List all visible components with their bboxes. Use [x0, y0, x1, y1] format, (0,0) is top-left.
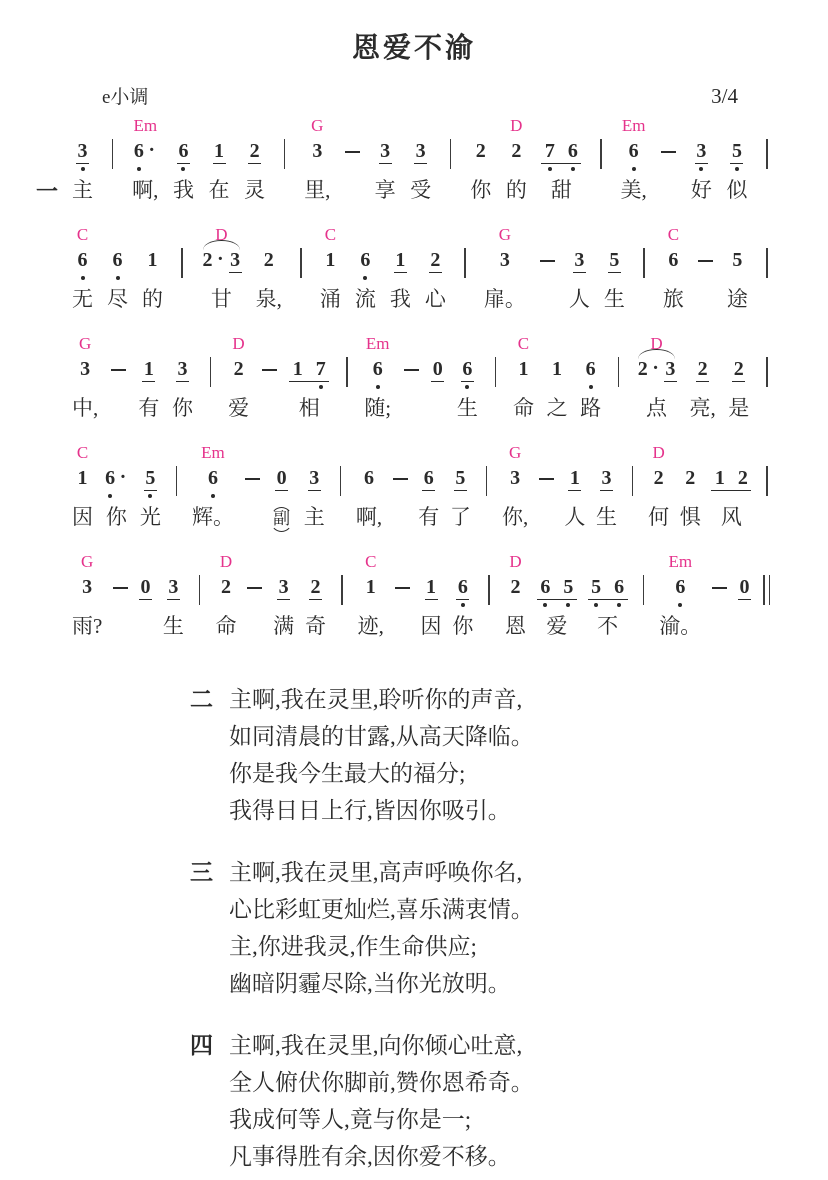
note-row: 6	[461, 357, 474, 391]
note-group: 1	[394, 248, 407, 273]
note-digit: 6	[422, 466, 435, 491]
note-digit: 1	[551, 357, 564, 381]
barline	[632, 466, 634, 496]
note-digit: 2	[201, 248, 214, 272]
slur-group: 2·3	[201, 248, 242, 273]
beam-cell: 76甜	[541, 115, 581, 207]
slur-cell: D2·3点	[636, 333, 677, 425]
note-row: 5	[454, 466, 467, 500]
verse-number: 三	[190, 854, 213, 891]
lyric: 雨?	[72, 611, 102, 643]
dash-cell	[404, 333, 419, 425]
barline	[763, 575, 765, 605]
chord-label: D	[653, 442, 665, 466]
note-row: 1	[364, 575, 377, 609]
note-group: 6	[539, 575, 552, 599]
note-digit: 3	[414, 139, 427, 164]
note-digit: 3	[79, 357, 92, 381]
note-row: 2	[429, 248, 442, 282]
lyric: 途	[727, 284, 748, 316]
note-row	[247, 575, 262, 609]
note-digit: 3	[167, 575, 180, 600]
barline-cell	[195, 551, 205, 643]
lyric: 的	[142, 284, 163, 316]
barline	[199, 575, 201, 605]
note-cell: 3生	[163, 551, 184, 643]
chord-label: C	[77, 224, 88, 248]
slur-cell: D2·3甘	[201, 224, 242, 316]
note-digit: 6	[363, 466, 376, 490]
beam-cell: 17相	[289, 333, 329, 425]
dash-cell	[539, 442, 554, 534]
hold-dash	[540, 260, 555, 262]
note-row: 2	[262, 248, 275, 282]
barline	[112, 139, 114, 169]
chord-label: Em	[133, 115, 157, 139]
note-cell: Em6渝。	[659, 551, 701, 643]
note-group: 1	[146, 248, 159, 272]
note-group: 1	[425, 575, 438, 600]
lyric: 之	[547, 393, 568, 425]
lyric: 你,	[502, 502, 528, 534]
lyric: 因	[72, 502, 93, 534]
note-group: 2	[232, 357, 245, 381]
low-octave-dot	[148, 494, 152, 498]
note-cell: G3中,	[72, 333, 98, 425]
note-group: 6	[456, 575, 469, 600]
note-cell: 1在	[209, 115, 230, 207]
note-digit: 1	[364, 575, 377, 599]
note-group: 3	[414, 139, 427, 164]
note-row: 3	[176, 357, 189, 391]
note-row: 1	[517, 357, 530, 391]
note-cell: 3满	[273, 551, 294, 643]
note-digit: 3	[600, 466, 613, 491]
barline-cell	[108, 115, 118, 207]
barline	[766, 248, 768, 278]
barline-cell	[177, 224, 187, 316]
note-group: 2·	[201, 248, 227, 273]
note-row: 3	[311, 139, 324, 173]
lyric: 我	[390, 284, 411, 316]
beamed-notes: 76	[541, 139, 581, 164]
note-cell: D2何	[648, 442, 669, 534]
barline	[766, 466, 768, 496]
low-octave-dot	[566, 603, 570, 607]
verse-line: 主啊,我在灵里,向你倾心吐意,	[229, 1027, 534, 1064]
verse-line: 全人俯伏你脚前,赞你恩希奇。	[229, 1064, 534, 1101]
hold-dash	[245, 478, 260, 480]
barline-cell	[762, 333, 772, 425]
verse-lines: 主啊,我在灵里,高声呼唤你名,心比彩虹更灿烂,喜乐满衷情。主,你进我灵,作生命供…	[229, 854, 534, 1002]
verse-line: 如同清晨的甘露,从高天降临。	[229, 718, 534, 755]
note-group: 2·	[636, 357, 662, 382]
lyric: 泉,	[256, 284, 282, 316]
note-digit: 1	[517, 357, 530, 381]
note-row	[340, 466, 342, 500]
final-barline	[763, 575, 770, 605]
note-group: 1	[142, 357, 155, 382]
note-row: 6	[584, 357, 597, 391]
low-octave-dot	[678, 603, 682, 607]
note-cell: C1迹,	[358, 551, 384, 643]
beam-cell: 12风	[711, 442, 751, 534]
note-digit: 1	[142, 357, 155, 382]
note-group: 2	[509, 575, 522, 599]
chord-label: D	[509, 551, 521, 575]
note-cell: 6我	[173, 115, 194, 207]
note-group: 3	[600, 466, 613, 491]
note-cell: 1我	[390, 224, 411, 316]
chord-label: C	[77, 442, 88, 466]
dash-cell	[245, 442, 260, 534]
note-row: 6	[206, 466, 219, 500]
note-row: 2	[248, 139, 261, 173]
note-row	[199, 575, 201, 609]
barline	[450, 139, 452, 169]
chord-label: G	[81, 551, 93, 575]
note-digit: 2	[732, 357, 745, 382]
note-row	[393, 466, 408, 500]
note-cell: 3你	[172, 333, 193, 425]
note-digit: 6	[456, 575, 469, 600]
barline	[181, 248, 183, 278]
note-row	[113, 575, 128, 609]
note-group: 6	[363, 466, 376, 490]
barline-cell	[596, 115, 606, 207]
lyric: 辉。	[192, 502, 234, 534]
dash-cell	[540, 224, 555, 316]
note-row: 2	[309, 575, 322, 609]
note-digit: 3	[664, 357, 677, 382]
barline-cell	[337, 551, 347, 643]
low-octave-dot	[363, 276, 367, 280]
note-group: 3	[498, 248, 511, 272]
hold-dash	[111, 369, 126, 371]
note-digit: 5	[562, 575, 575, 599]
note-cell: 3好	[691, 115, 712, 207]
note-group: 1	[364, 575, 377, 599]
note-digit: 6	[104, 466, 117, 490]
low-octave-dot	[589, 385, 593, 389]
lyric: 似	[726, 175, 747, 207]
note-group: 2	[684, 466, 697, 490]
chord-label: C	[518, 333, 529, 357]
note-digit: 2	[219, 575, 232, 599]
note-row: 2	[510, 139, 523, 173]
note-row	[712, 575, 727, 609]
lyric: 有	[418, 502, 439, 534]
lyric: 旅	[663, 284, 684, 316]
note-cell: C1因	[72, 442, 93, 534]
note-digit: 3	[509, 466, 522, 490]
chord-label: G	[79, 333, 91, 357]
note-group: 6	[422, 466, 435, 491]
lyric: 点	[646, 393, 667, 425]
augmentation-dot: ·	[120, 466, 127, 488]
verse-number: 四	[190, 1027, 213, 1064]
note-row: 0	[431, 357, 444, 391]
note-row	[176, 466, 178, 500]
note-row: 3	[509, 466, 522, 500]
barline	[210, 357, 212, 387]
dash-cell	[661, 115, 676, 207]
hold-dash	[395, 587, 410, 589]
barline-cell	[762, 442, 772, 534]
verse-line: 幽暗阴霾尽除,当你光放明。	[229, 965, 534, 1002]
note-row: 5	[144, 466, 157, 500]
verse-line: 你是我今生最大的福分;	[229, 755, 534, 792]
note-digit: 2	[736, 466, 749, 490]
chord-label: D	[220, 551, 232, 575]
augmentation-dot: ·	[217, 248, 224, 270]
barline-cell	[638, 551, 648, 643]
note-digit: 1	[76, 466, 89, 490]
lyric: 惧	[680, 502, 701, 534]
note-row	[643, 575, 645, 609]
note-digit: 6	[206, 466, 219, 490]
low-octave-dot	[617, 603, 621, 607]
note-row: 6	[111, 248, 124, 282]
note-digit: 3	[308, 466, 321, 491]
note-group: 2	[248, 139, 261, 164]
note-row: 1	[425, 575, 438, 609]
barline	[464, 248, 466, 278]
verse-line: 主啊,我在灵里,高声呼唤你名,	[229, 854, 534, 891]
hold-dash	[698, 260, 713, 262]
note-digit: 6	[177, 139, 190, 164]
lyric: 亮,	[689, 393, 715, 425]
low-octave-dot	[632, 167, 636, 171]
note-row: 2	[474, 139, 487, 173]
note-cell: 2泉,	[256, 224, 282, 316]
note-group: 2	[429, 248, 442, 273]
chord-label: C	[668, 224, 679, 248]
note-cell: 6尽	[107, 224, 128, 316]
note-group: 3	[308, 466, 321, 491]
verse-block: 二主啊,我在灵里,聆听你的声音,如同清晨的甘露,从高天降临。你是我今生最大的福分…	[190, 681, 828, 829]
note-group: 6	[111, 248, 124, 272]
note-cell: C1命	[513, 333, 534, 425]
lyric: 你	[106, 502, 127, 534]
lyric: 你	[452, 611, 473, 643]
barline	[495, 357, 497, 387]
note-group: 6	[371, 357, 384, 381]
note-group: 5	[731, 248, 744, 272]
note-row	[181, 248, 183, 282]
note-row: 6	[359, 248, 372, 282]
lyric: 心	[425, 284, 446, 316]
note-group: 6·	[132, 139, 158, 163]
note-cell: Em6随;	[364, 333, 391, 425]
barline	[486, 466, 488, 496]
lyric: 主	[72, 175, 93, 207]
note-digit: 3	[81, 575, 94, 599]
lyric: 随;	[364, 393, 391, 425]
note-cell: 6你	[452, 551, 473, 643]
note-row	[262, 357, 277, 391]
note-row	[698, 248, 713, 282]
note-group: 5	[608, 248, 621, 273]
note-group: 6	[674, 575, 687, 599]
note-row: 6	[456, 575, 469, 609]
chord-label: G	[499, 224, 511, 248]
note-cell: 6路	[580, 333, 601, 425]
lyric: 相	[299, 393, 320, 425]
barline	[346, 357, 348, 387]
lyric: 中,	[72, 393, 98, 425]
low-octave-dot	[81, 167, 85, 171]
note-digit: 1	[568, 466, 581, 491]
lyric: 何	[648, 502, 669, 534]
barline-cell	[206, 333, 216, 425]
note-cell: G3你,	[502, 442, 528, 534]
note-group: 6	[206, 466, 219, 490]
lyric: 人	[564, 502, 585, 534]
note-cell: 0	[139, 551, 152, 643]
time-signature: 3/4	[711, 84, 738, 109]
hold-dash	[345, 151, 360, 153]
verse-line: 心比彩虹更灿烂,喜乐满衷情。	[229, 891, 534, 928]
note-group: 2	[262, 248, 275, 272]
note-digit: 1	[394, 248, 407, 273]
note-row: 6·	[132, 139, 158, 173]
note-row: 17	[289, 357, 329, 391]
barline-cell	[762, 115, 772, 207]
note-group: 1	[213, 139, 226, 164]
note-group: 2	[219, 575, 232, 599]
verse-block: 三主啊,我在灵里,高声呼唤你名,心比彩虹更灿烂,喜乐满衷情。主,你进我灵,作生命…	[190, 854, 828, 1002]
note-cell: 5光	[140, 442, 161, 534]
note-row	[486, 466, 488, 500]
lyric: 有	[138, 393, 159, 425]
note-row: 3	[167, 575, 180, 609]
note-digit: 2	[510, 139, 523, 163]
lyric: 受	[410, 175, 431, 207]
low-octave-dot	[137, 167, 141, 171]
rest-note: 0	[275, 466, 288, 491]
music-systems: 一3主Em6·啊,6我1在2灵G3里,3享3受2你D2的76甜Em6美,3好5似…	[72, 115, 772, 643]
dash-cell	[395, 551, 410, 643]
note-cell: 5了	[450, 442, 471, 534]
low-octave-dot	[376, 385, 380, 389]
note-cell: 2你	[470, 115, 491, 207]
note-row: 5	[731, 248, 744, 282]
note-digit: 2	[248, 139, 261, 164]
note-row	[300, 248, 302, 282]
note-row	[450, 139, 452, 173]
note-row: 3	[79, 357, 92, 391]
barline	[600, 139, 602, 169]
note-group: 2	[736, 466, 749, 490]
note-row	[488, 575, 490, 609]
note-row: 6·	[104, 466, 130, 500]
note-row	[111, 357, 126, 391]
note-row: 3	[308, 466, 321, 500]
lyric: 渝。	[659, 611, 701, 643]
note-group: 3	[79, 357, 92, 381]
dash-cell	[113, 551, 128, 643]
note-row: 1	[551, 357, 564, 391]
barline	[176, 466, 178, 496]
lyric: 灵	[244, 175, 265, 207]
note-row: 2	[509, 575, 522, 609]
note-row: 6	[667, 248, 680, 282]
final-barline-cell	[762, 551, 772, 643]
note-row	[539, 466, 554, 500]
note-group: 6	[177, 139, 190, 164]
note-row: 1	[394, 248, 407, 282]
note-group: 2	[510, 139, 523, 163]
note-digit: 1	[291, 357, 304, 381]
note-row: 6	[627, 139, 640, 173]
barline-cell	[484, 551, 494, 643]
note-cell: 2奇	[305, 551, 326, 643]
note-group: 0	[139, 575, 152, 600]
note-group: 6·	[104, 466, 130, 490]
note-row	[766, 466, 768, 500]
note-row	[346, 357, 348, 391]
dash-cell	[712, 551, 727, 643]
note-row: 1	[213, 139, 226, 173]
barline	[769, 575, 771, 605]
lyric: 命	[513, 393, 534, 425]
note-group: 0	[738, 575, 751, 600]
barline-cell	[335, 442, 345, 534]
song-title: 恩爱不渝	[0, 0, 828, 66]
sheet-music-page: 恩爱不渝 e小调 3/4 一3主Em6·啊,6我1在2灵G3里,3享3受2你D2…	[0, 0, 828, 1180]
note-row	[245, 466, 260, 500]
lyric: 恩	[505, 611, 526, 643]
barline-cell	[639, 224, 649, 316]
rest-note: 0	[738, 575, 751, 600]
barline-cell	[342, 333, 352, 425]
lyric: 生	[457, 393, 478, 425]
note-row	[632, 466, 634, 500]
note-cell: 2是	[728, 333, 749, 425]
barline-cell	[171, 442, 181, 534]
note-group: 1	[324, 248, 337, 272]
low-octave-dot	[571, 167, 575, 171]
note-group: 2	[652, 466, 665, 490]
note-cell: 3受	[410, 115, 431, 207]
note-group: 3	[379, 139, 392, 164]
note-row: 2	[696, 357, 709, 391]
note-row: 3	[76, 139, 89, 173]
note-row: 2·3	[636, 357, 677, 391]
note-group: 2	[732, 357, 745, 382]
lyric: 爱	[546, 611, 567, 643]
note-row: 2·3	[201, 248, 242, 282]
low-octave-dot	[116, 276, 120, 280]
hold-dash	[113, 587, 128, 589]
chord-label: C	[365, 551, 376, 575]
refrain-marker: 副	[270, 507, 293, 532]
lyric: 享	[375, 175, 396, 207]
note-group: 6	[566, 139, 579, 163]
note-digit: 3	[498, 248, 511, 272]
note-cell: 2亮,	[689, 333, 715, 425]
dash-cell	[698, 224, 713, 316]
slur-group: 2·3	[636, 357, 677, 382]
low-octave-dot	[461, 603, 465, 607]
note-cell: 6·你	[104, 442, 130, 534]
note-row: 6	[177, 139, 190, 173]
dash-cell	[262, 333, 277, 425]
note-row: 2	[652, 466, 665, 500]
note-cell: 3主	[72, 115, 93, 207]
note-digit: 3	[695, 139, 708, 164]
